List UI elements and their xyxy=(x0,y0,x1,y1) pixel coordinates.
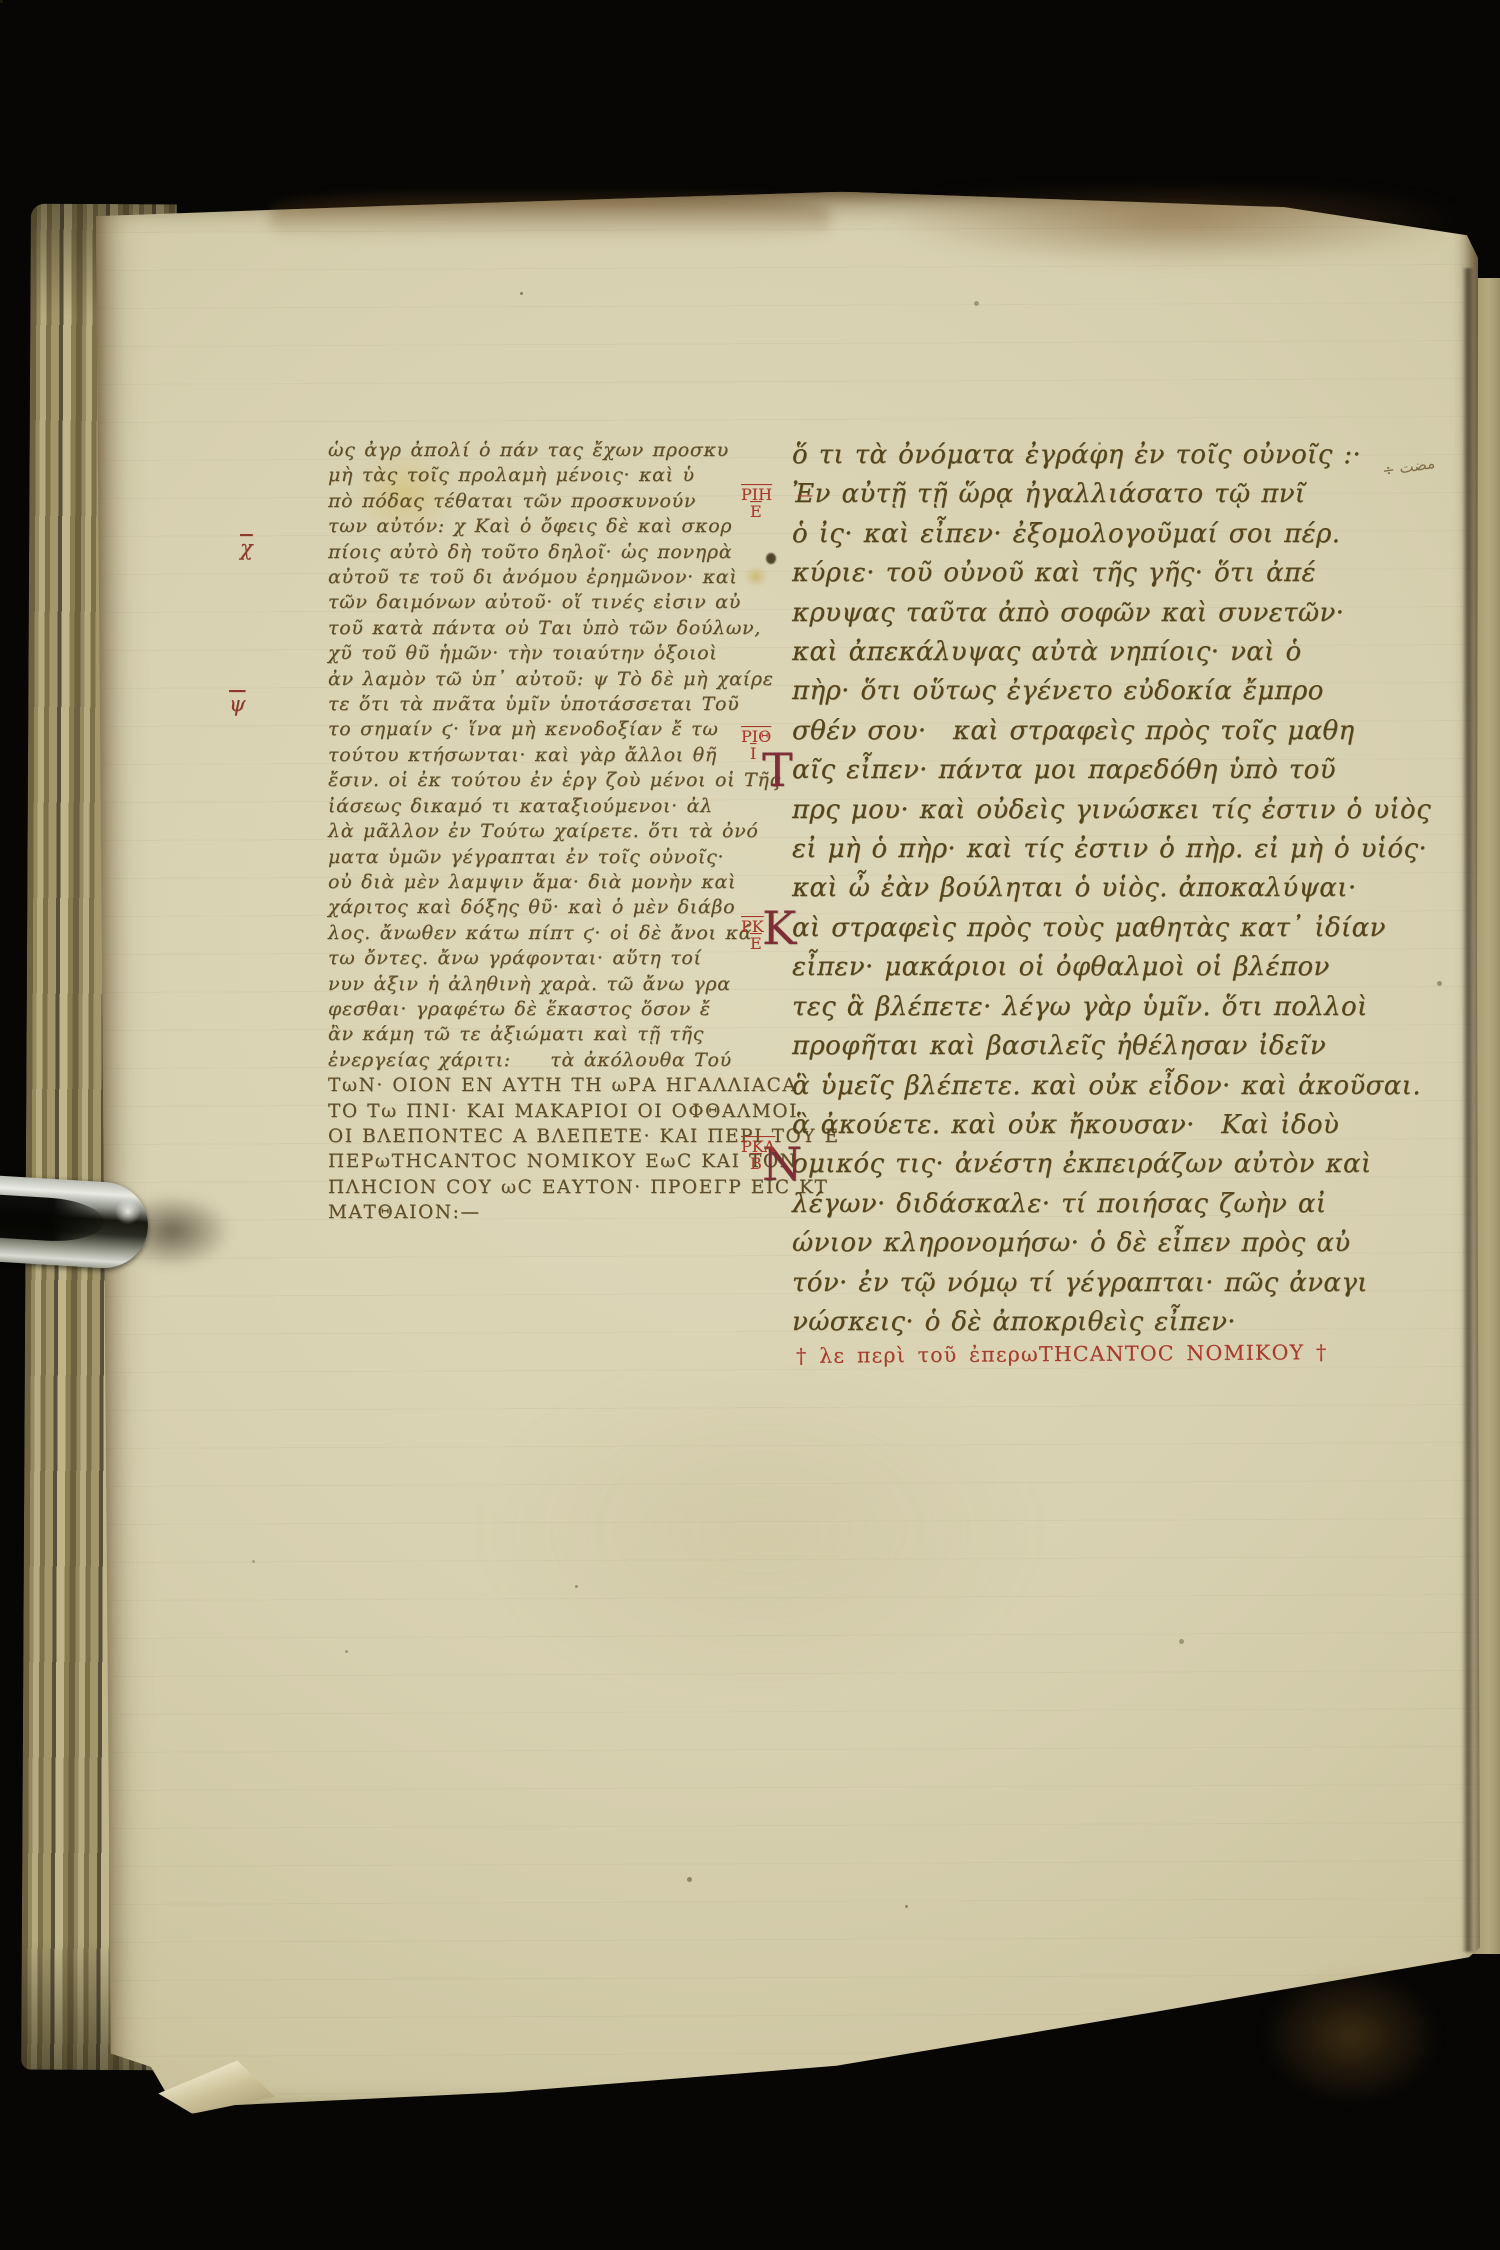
text-line: ματα ὑμῶν γέγραπται ἐν τοῖς οὐνοῖς· xyxy=(328,845,758,870)
text-line: χάριτος καὶ δόξης θῦ· καὶ ὁ μὲν διάβο xyxy=(328,895,758,920)
text-line: φεσθαι· γραφέτω δὲ ἕκαστος ὅσον ἔ xyxy=(328,997,758,1022)
text-line: μὴ τὰς τοῖς προλαμὴ μένοις· καὶ ὑ xyxy=(328,463,758,488)
text-line: καὶ ἀπεκάλυψας αὐτὰ νηπίοις· ναὶ ὁ xyxy=(792,633,1444,672)
eusebian-canon: Ε xyxy=(741,503,793,520)
text-line: λέγων· διδάσκαλε· τί ποιήσας ζωὴν αἰ xyxy=(792,1185,1444,1224)
text-line: κύριε· τοῦ οὐνοῦ καὶ τῆς γῆς· ὅτι ἀπέ xyxy=(792,554,1444,593)
text-line: ώνιον κληρονομήσω· ὁ δὲ εἶπεν πρὸς αὐ xyxy=(792,1224,1444,1263)
ammonian-section: ΡΚΑ xyxy=(741,1138,793,1155)
text-line: ὅ τι τὰ ὀνόματα ἐγράφη ἐν τοῖς οὐνοῖς :· xyxy=(792,436,1444,475)
text-line: αὐτοῦ τε τοῦ δι ἀνόμου ἐρημῶνον· καὶ xyxy=(328,565,758,590)
eusebian-canon: Ι xyxy=(741,745,793,762)
text-line: ἰάσεως δικαμό τι καταξιούμενοι· ἀλ xyxy=(328,794,758,819)
text-line: πίοις αὐτὸ δὴ τοῦτο δηλοῖ· ὡς πονηρὰ xyxy=(328,540,758,565)
text-line: πὸ πόδας τέθαται τῶν προσκυνούν xyxy=(328,489,758,514)
text-line: Νομικός τις· ἀνέστη ἐκπειράζων αὐτὸν καὶ xyxy=(792,1145,1444,1184)
text-line: πρς μου· καὶ οὐδεὶς γινώσκει τίς ἐστιν ὁ… xyxy=(792,791,1444,830)
margin-mark-psi: ψ xyxy=(229,692,245,716)
margin-mark-chi: χ xyxy=(240,536,253,560)
text-line: το σημαίν ϛ· ἵνα μὴ κενοδοξίαν ἔ τω xyxy=(328,717,758,742)
glass-rod-page-weight xyxy=(0,1175,150,1270)
text-line: ΠΛΗϹΙΟΝ ϹΟΥ ωϹ ΕΑΥΤΟΝ· ΠΡΟΕΓΡ ΕΙϹ ΚΤ xyxy=(328,1175,758,1200)
text-line: ἂν κάμη τῶ τε ἀξιώματι καὶ τῇ τῆς xyxy=(328,1022,758,1047)
section-dash: — xyxy=(797,486,813,503)
text-line: νώσκεις· ὁ δὲ ἀποκριθεὶς εἶπεν· xyxy=(792,1303,1444,1342)
section-number-118: ΡΙΗ Ε — xyxy=(741,486,793,520)
ammonian-section: ΡΙΘ xyxy=(741,728,793,745)
text-line: Καὶ στραφεὶς πρὸς τοὺς μαθητὰς κατ᾽ ἰδία… xyxy=(792,909,1444,948)
section-number-119: ΡΙΘ Ι xyxy=(741,728,793,762)
text-line: ὡς ἀγρ ἀπολί ὁ πάν τας ἔχων προσκυ xyxy=(328,438,758,463)
commentary-column: ὡς ἀγρ ἀπολί ὁ πάν τας ἔχων προσκυμὴ τὰς… xyxy=(328,438,758,1226)
ammonian-section: ΡΙΗ xyxy=(741,486,793,503)
text-line: ἀν λαμὸν τῶ ὑπ᾽ αὐτοῦ: ψ Τὸ δὲ μὴ χαίρε xyxy=(328,667,758,692)
text-line: νυν ἁξιν ἡ ἀληθινὴ χαρὰ. τῶ ἄνω γρα xyxy=(328,972,758,997)
text-line: των αὐτόν: χ Καὶ ὁ ὄφεις δὲ καὶ σκορ xyxy=(328,514,758,539)
eusebian-canon: Ε xyxy=(741,935,793,952)
text-line: τόν· ἐν τῷ νόμῳ τί γέγραπται· πῶς ἀναγι xyxy=(792,1264,1444,1303)
text-line: τοῦ κατὰ πάντα οὐ Ται ὑπὸ τῶν δούλων, xyxy=(328,616,758,641)
text-line: προφῆται καὶ βασιλεῖς ἠθέλησαν ἰδεῖν xyxy=(792,1027,1444,1066)
kephalaion-title: † λε περὶ τοῦ ἐπερωΤΗϹΑΝΤΟϹ ΝΟΜΙΚΟΥ † xyxy=(796,1340,1328,1368)
text-line: πὴρ· ὅτι οὕτως ἐγένετο εὐδοκία ἔμπρο xyxy=(792,672,1444,711)
text-line: τούτου κτήσωνται· καὶ γὰρ ἄλλοι θῆ xyxy=(328,743,758,768)
text-line: τω ὄντες. ἄνω γράφονται· αὕτη τοί xyxy=(328,946,758,971)
text-line: Ταῖς εἶπεν· πάντα μοι παρεδόθη ὑπὸ τοῦ xyxy=(792,751,1444,790)
text-line: τε ὅτι τὰ πνᾶτα ὑμῖν ὑποτάσσεται Τοῦ xyxy=(328,692,758,717)
text-line: ΤΟ Τω ΠΝΙ· ΚΑΙ ΜΑΚΑΡΙΟΙ ΟΙ ΟΦΘΑΛΜΟΙ xyxy=(328,1099,758,1124)
text-line: χῦ τοῦ θῦ ἡμῶν· τὴν τοιαύτην ὁξοιοὶ xyxy=(328,641,758,666)
text-line: ἐνεργείας χάριτι: τὰ ἀκόλουθα Τού xyxy=(328,1048,758,1073)
text-line: ΟΙ ΒΛΕΠΟΝΤΕϹ Α ΒΛΕΠΕΤΕ· ΚΑΙ ΠΕΡΙ ΤΟΥ Ε xyxy=(328,1124,758,1149)
text-line: ἔσιν. οἱ ἐκ τούτου ἐν ἑργ ζοὺ μένοι οἱ Τ… xyxy=(328,768,758,793)
text-line: ΠΕΡωΤΗϹΑΝΤΟϹ ΝΟΜΙΚΟΥ ΕωϹ ΚΑΙ ΤΟΝ xyxy=(328,1149,758,1174)
text-line: ὁ ἰς· καὶ εἶπεν· ἐξομολογοῦμαί σοι πέρ. xyxy=(792,515,1444,554)
section-number-121: ΡΚΑ Β xyxy=(741,1138,793,1172)
text-line: εἰ μὴ ὁ πὴρ· καὶ τίς ἐστιν ὁ πὴρ. εἰ μὴ … xyxy=(792,830,1444,869)
text-line: ἃ ὑμεῖς βλέπετε. καὶ οὐκ εἶδον· καὶ ἀκοῦ… xyxy=(792,1067,1444,1106)
parchment-specks xyxy=(0,0,3,3)
section-number-120: ΡΚ Ε xyxy=(741,918,793,952)
photograph-of-manuscript: { "manuscript": { "colors": { "rubric": … xyxy=(0,0,1500,2250)
text-line: ἃ ἀκούετε. καὶ οὐκ ἤκουσαν· Καὶ ἰδοὺ xyxy=(792,1106,1444,1145)
text-line: σθέν σου· καὶ στραφεὶς πρὸς τοῖς μαθη xyxy=(792,712,1444,751)
gospel-column: ὅ τι τὰ ὀνόματα ἐγράφη ἐν τοῖς οὐνοῖς :·… xyxy=(792,436,1444,1342)
text-line: ΜΑΤΘΑΙΟΝ:— xyxy=(328,1200,758,1225)
text-line: εἶπεν· μακάριοι οἱ ὀφθαλμοὶ οἱ βλέπον xyxy=(792,948,1444,987)
text-line: ΤωΝ· ΟΙΟΝ ΕΝ ΑΥΤΗ ΤΗ ωΡΑ ΗΓΑΛΛΙΑϹΑ xyxy=(328,1073,758,1098)
text-line: Ἐν αὐτῇ τῇ ὥρᾳ ἠγαλλιάσατο τῷ πνῖ xyxy=(792,475,1444,514)
text-line: τες ἃ βλέπετε· λέγω γὰρ ὑμῖν. ὅτι πολλοὶ xyxy=(792,988,1444,1027)
text-line: λὰ μᾶλλον ἐν Τούτω χαίρετε. ὅτι τὰ ὀνό xyxy=(328,819,758,844)
text-line: οὐ διὰ μὲν λαμψιν ἅμα· διὰ μονὴν καὶ xyxy=(328,870,758,895)
page-fore-edge-crease xyxy=(1462,268,1473,1952)
text-line: κρυψας ταῦτα ἀπὸ σοφῶν καὶ συνετῶν· xyxy=(792,594,1444,633)
text-line: λος. ἄνωθεν κάτω πίπτ ϛ· οἱ δὲ ἄνοι κά xyxy=(328,921,758,946)
text-line: τῶν δαιμόνων αὐτοῦ· οἵ τινές εἰσιν αὐ xyxy=(328,590,758,615)
eusebian-canon: Β xyxy=(741,1155,793,1172)
ammonian-section: ΡΚ xyxy=(741,918,793,935)
text-line: καὶ ὦ ἐὰν βούληται ὁ υἱὸς. ἀποκαλύψαι· xyxy=(792,869,1444,908)
